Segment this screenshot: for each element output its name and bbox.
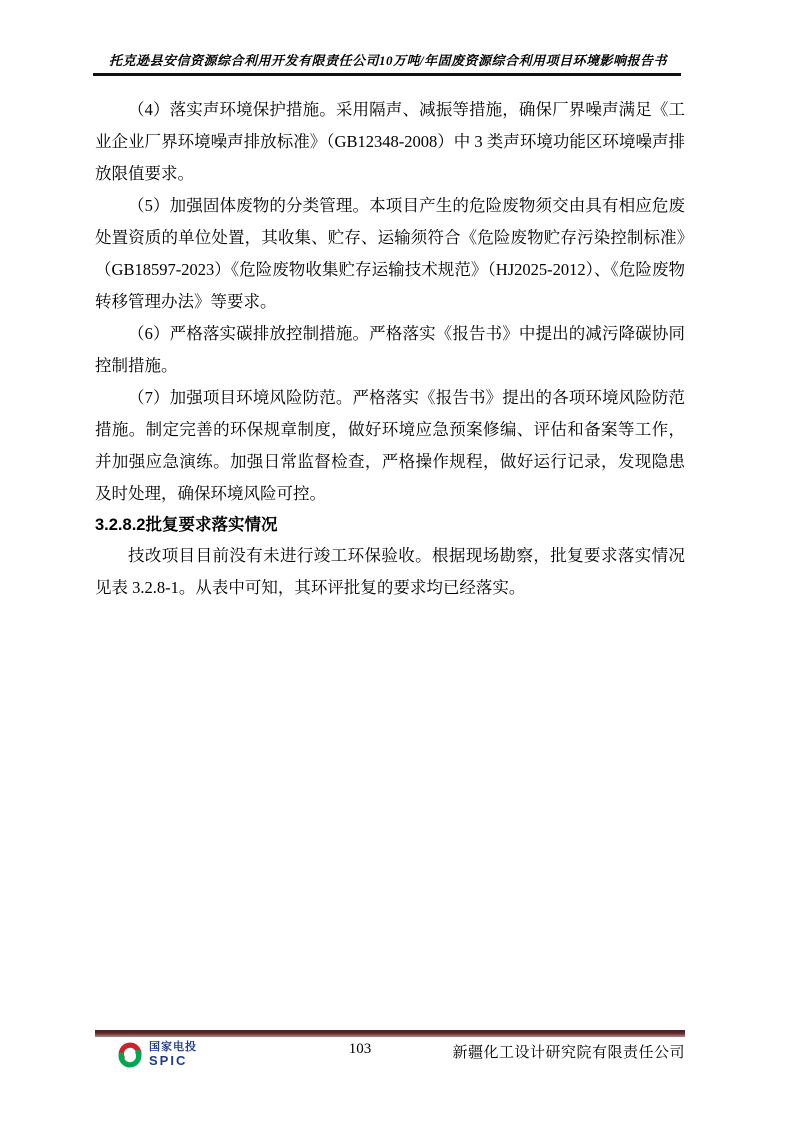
- spic-logo: 国家电投 SPIC: [116, 1041, 197, 1069]
- paragraph-4: （4）落实声环境保护措施。采用隔声、减振等措施，确保厂界噪声满足《工业企业厂界环…: [95, 94, 685, 190]
- document-page: 托克逊县安信资源综合利用开发有限责任公司10万吨/年固废资源综合利用项目环境影响…: [0, 0, 793, 1122]
- page-number: 103: [340, 1041, 380, 1058]
- paragraph-7: （7）加强项目环境风险防范。严格落实《报告书》提出的各项环境风险防范措施。制定完…: [95, 382, 685, 510]
- document-body: （4）落实声环境保护措施。采用隔声、减振等措施，确保厂界噪声满足《工业企业厂界环…: [95, 94, 685, 604]
- spic-logo-en: SPIC: [149, 1054, 197, 1068]
- spic-swirl-icon: [116, 1041, 144, 1069]
- footer-company-name: 新疆化工设计研究院有限责任公司: [385, 1041, 685, 1062]
- paragraph-5: （5）加强固体废物的分类管理。本项目产生的危险废物须交由具有相应危废处置资质的单…: [95, 190, 685, 318]
- page-header-title: 托克逊县安信资源综合利用开发有限责任公司10万吨/年固废资源综合利用项目环境影响…: [93, 50, 683, 69]
- paragraph-6: （6）严格落实碳排放控制措施。严格落实《报告书》中提出的减污降碳协同控制措施。: [95, 318, 685, 382]
- section-heading-3-2-8-2: 3.2.8.2批复要求落实情况: [95, 510, 685, 540]
- header-rule: [93, 73, 681, 76]
- spic-logo-text: 国家电投 SPIC: [149, 1042, 197, 1067]
- footer-rule: [95, 1030, 685, 1037]
- closing-paragraph: 技改项目目前没有未进行竣工环保验收。根据现场勘察，批复要求落实情况见表 3.2.…: [95, 540, 685, 604]
